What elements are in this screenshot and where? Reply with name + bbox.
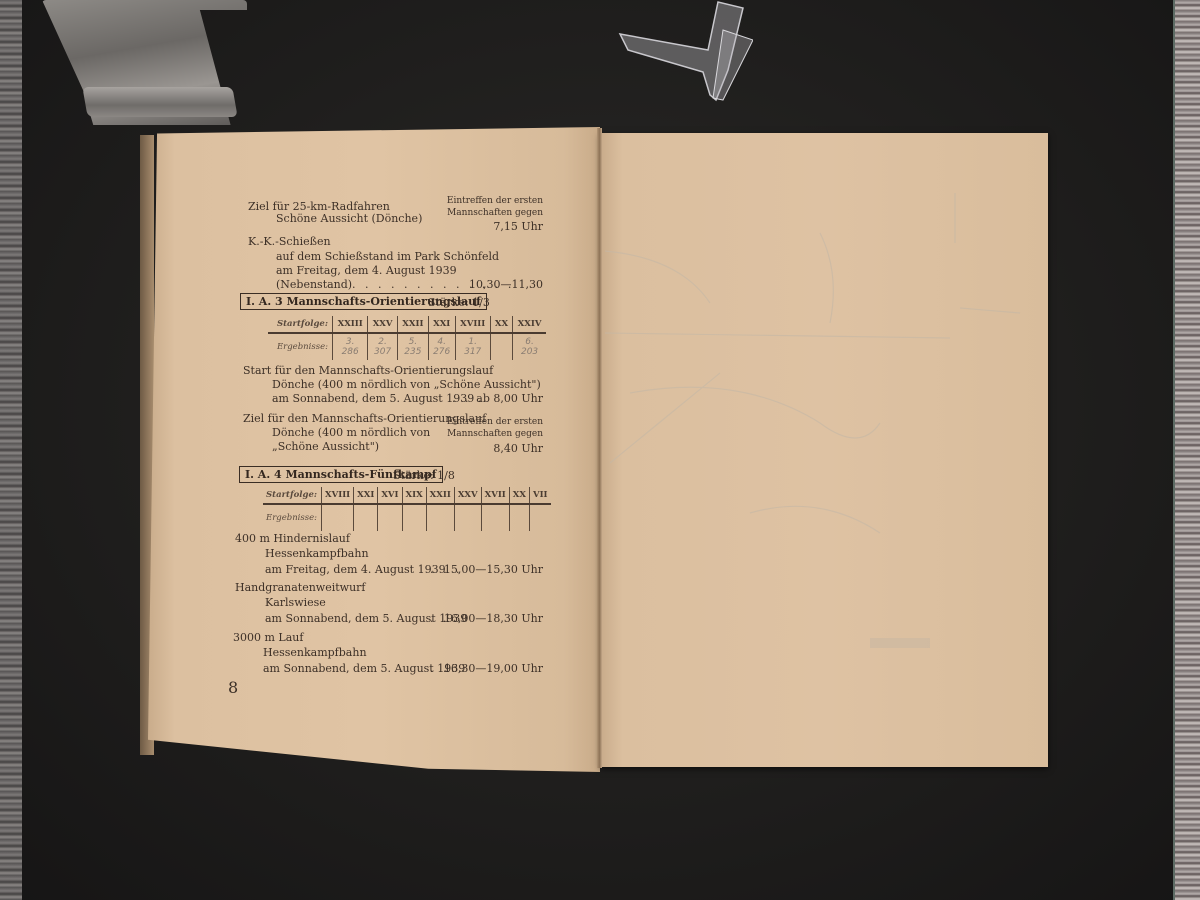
section-a4-table: Startfolge: XVIIIXXIXVIXIXXXIIXXVXVIIXXV…: [263, 487, 551, 531]
result-cell: 4.276: [428, 333, 455, 360]
result-cell: 1.317: [455, 333, 490, 360]
page-number: 8: [228, 678, 238, 697]
shooting-time: 10,30—11,30: [460, 277, 543, 293]
start-order-cell: XVI: [378, 487, 402, 504]
arrival-note-line1: Eintreffen der ersten: [440, 417, 543, 428]
clear-plastic-stand: [618, 0, 753, 110]
start-order-label: Startfolge:: [268, 316, 332, 333]
frame-edge-right: [1173, 0, 1200, 900]
section-a3-strength: Stärke: 1/3: [428, 296, 490, 309]
results-label: Ergebnisse:: [268, 333, 332, 360]
metal-stand-lip: [82, 87, 237, 117]
results-label: Ergebnisse:: [263, 504, 322, 531]
handwritten-score: 203: [516, 347, 543, 357]
grenade-throw-title: Handgranatenweitwurf: [235, 580, 366, 596]
result-cell: [529, 504, 550, 531]
start-order-cell: XVII: [481, 487, 509, 504]
arrival-time: 7,15 Uhr: [440, 219, 543, 235]
handwritten-score: 317: [459, 347, 487, 357]
start-order-cell: XIX: [402, 487, 426, 504]
start-order-cell: XX: [509, 487, 529, 504]
orienteering-finish-location-2: „Schöne Aussicht"): [272, 439, 379, 455]
right-page: [600, 133, 1048, 767]
start-order-cell: XX: [490, 316, 512, 333]
grenade-throw-location: Karlswiese: [265, 595, 326, 611]
section-a3-table: Startfolge: XXIIIXXVXXIIXXIXVIIIXXXXIV E…: [268, 316, 546, 360]
obstacle-run-title: 400 m Hindernislauf: [235, 531, 350, 547]
shooting-note: (Nebenstand): [276, 277, 352, 293]
start-order-cell: XVIII: [455, 316, 490, 333]
orienteering-start-date: am Sonnabend, dem 5. August 1939: [272, 391, 474, 407]
obstacle-run-date: am Freitag, dem 4. August 1939: [265, 562, 446, 578]
obstacle-run-location: Hessenkampfbahn: [265, 546, 369, 562]
handwritten-place: 2.: [371, 337, 394, 347]
obstacle-run-time: 15,00—15,30 Uhr: [440, 562, 543, 578]
result-cell: 6.203: [513, 333, 546, 360]
handwritten-place: 4.: [432, 337, 452, 347]
result-cell: [481, 504, 509, 531]
result-cell: [426, 504, 454, 531]
result-cell: [509, 504, 529, 531]
grenade-throw-time: 16,00—18,30 Uhr: [440, 611, 543, 627]
start-order-cell: XXI: [428, 316, 455, 333]
start-order-cell: XXIV: [513, 316, 546, 333]
start-order-cell: XXII: [397, 316, 428, 333]
start-order-cell: XXIII: [332, 316, 367, 333]
shooting-title: K.-K.-Schießen: [248, 234, 331, 250]
result-cell: 2.307: [368, 333, 398, 360]
destination-cycling-place: Schöne Aussicht (Dönche): [276, 211, 422, 227]
handwritten-place: 1.: [459, 337, 487, 347]
frame-edge-left: [0, 0, 22, 900]
start-order-cell: XXI: [354, 487, 378, 504]
result-cell: 5.235: [397, 333, 428, 360]
result-cell: [322, 504, 354, 531]
result-cell: [402, 504, 426, 531]
result-cell: [378, 504, 402, 531]
run-3000m-title: 3000 m Lauf: [233, 630, 303, 646]
book-spine: [597, 128, 602, 768]
result-cell: [354, 504, 378, 531]
result-cell: 3.286: [332, 333, 367, 360]
orienteering-start-time: ab 8,00 Uhr: [470, 391, 543, 407]
arrival-note-line1: Eintreffen der ersten: [440, 196, 543, 207]
arrival-note-line2: Mannschaften gegen: [440, 208, 543, 219]
run-3000m-location: Hessenkampfbahn: [263, 645, 367, 661]
arrival-note-line2: Mannschaften gegen: [440, 429, 543, 440]
handwritten-place: 5.: [401, 337, 425, 347]
start-order-cell: XXV: [454, 487, 481, 504]
start-order-cell: VII: [529, 487, 550, 504]
handwritten-score: 276: [432, 347, 452, 357]
handwritten-score: 286: [336, 347, 364, 357]
arrival-time: 8,40 Uhr: [440, 441, 543, 457]
handwritten-score: 235: [401, 347, 425, 357]
handwritten-place: 3.: [336, 337, 364, 347]
start-order-cell: XXV: [368, 316, 398, 333]
handwritten-score: 307: [371, 347, 394, 357]
section-a4-strength: Stärke: 1/8: [393, 469, 455, 482]
start-order-label: Startfolge:: [263, 487, 322, 504]
result-cell: [490, 333, 512, 360]
result-cell: [454, 504, 481, 531]
start-order-cell: XXII: [426, 487, 454, 504]
handwritten-place: 6.: [516, 337, 543, 347]
start-order-cell: XVIII: [322, 487, 354, 504]
run-3000m-time: 16,30—19,00 Uhr: [440, 661, 543, 677]
